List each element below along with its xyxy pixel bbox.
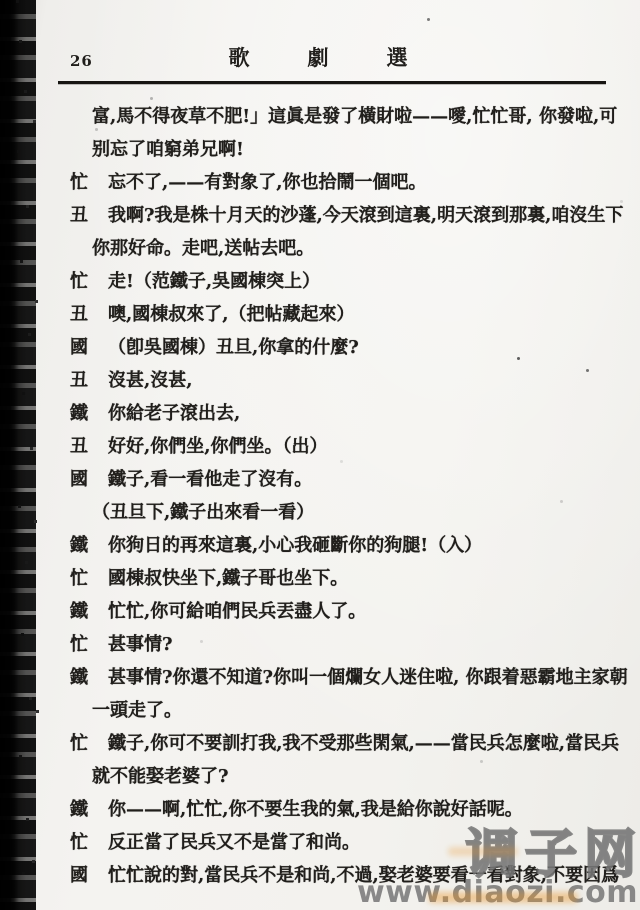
dialogue-line: 我啊?我是株十月天的沙蓬,今天滾到這裏,明天滾到那裏,咱沒生下 [108,199,618,232]
dialogue-line: 别忘了咱窮弟兄啊! [92,133,618,166]
dialogue-paragraph: 鐵 你狗日的再來這裏,小心我砸斷你的狗腿!（入） [58,529,618,562]
dialogue-line: 好好,你們坐,你們坐。（出） [108,430,618,463]
dialogue-paragraph: 忙 甚事情? [58,628,618,661]
dialogue-line: 就不能娶老婆了? [92,760,618,793]
speaker-label: 忙 [70,166,88,199]
dialogue-line: 甚事情?你還不知道?你叫一個爛女人迷住啦, 你跟着惡霸地主家朝 [108,661,618,694]
dialogue-paragraph: 忙 國棟叔快坐下,鐵子哥也坐下。 [58,562,618,595]
dialogue-line: 你——啊,忙忙,你不要生我的氣,我是給你說好話呢。 [108,793,618,826]
book-spine-shadow [0,0,36,910]
speaker-label: 國 [70,331,88,364]
dialogue-line: 甚事情? [108,628,618,661]
speaker-label: 忙 [70,628,88,661]
dialogue-paragraph: 丑 噢,國棟叔來了,（把帖藏起來） [58,298,618,331]
watermark-orange-smudge [448,847,518,856]
dialogue-paragraph: 丑 我啊?我是株十月天的沙蓬,今天滾到這裏,明天滾到那裏,咱沒生下 你那好命。走… [58,199,618,265]
speaker-label: 鐵 [70,793,88,826]
dialogue-line: 一頭走了。 [92,694,618,727]
speaker-label: 國 [70,859,88,892]
dialogue-line: 你狗日的再來這裏,小心我砸斷你的狗腿!（入） [108,529,618,562]
dialogue-line: 沒甚,沒甚, [108,364,618,397]
speaker-label: 忙 [70,727,88,760]
speaker-label: 丑 [70,298,88,331]
dialogue-paragraph: 富,馬不得夜草不肥!」這眞是發了橫財啦——噯,忙忙哥, 你發啦,可 别忘了咱窮弟… [58,100,618,166]
dialogue-line: 鐵子,看一看他走了沒有。 [108,463,618,496]
book-title-char: 歌 [229,42,250,72]
speaker-label: 鐵 [70,397,88,430]
speaker-label: 國 [70,463,88,496]
watermark: 调子网 www.diaozi.com [357,829,638,908]
page-header: 26 歌 劇 選 [58,40,608,84]
dialogue-paragraph: 忙 忘不了,——有對象了,你也拾鬧一個吧。 [58,166,618,199]
dialogue-paragraph: 鐵 甚事情?你還不知道?你叫一個爛女人迷住啦, 你跟着惡霸地主家朝 一頭走了。 [58,661,618,727]
speaker-label: 丑 [70,199,88,232]
dialogue-paragraph: 國 （卽吳國棟）丑旦,你拿的什麼? [58,331,618,364]
dialogue-line: 你那好命。走吧,送帖去吧。 [92,232,618,265]
speaker-label: 忙 [70,265,88,298]
dialogue-paragraph: 丑 好好,你們坐,你們坐。（出） [58,430,618,463]
dialogue-paragraph: 鐵 你給老子滾出去, [58,397,618,430]
header-rule [58,81,606,84]
speaker-label: 鐵 [70,595,88,628]
dialogue-paragraph: 丑 沒甚,沒甚, [58,364,618,397]
dialogue-paragraph: 鐵 你——啊,忙忙,你不要生我的氣,我是給你說好話呢。 [58,793,618,826]
dialogue-paragraph: 鐵 忙忙,你可給咱們民兵丟盡人了。 [58,595,618,628]
dialogue-line: 走!（范鐵子,吳國棟突上） [108,265,618,298]
book-title-char: 選 [387,42,408,72]
book-title: 歌 劇 選 [58,42,578,72]
dialogue-line: 噢,國棟叔來了,（把帖藏起來） [108,298,618,331]
book-page: 26 歌 劇 選 富,馬不得夜草不肥!」這眞是發了橫財啦——噯,忙忙哥, 你發啦… [0,0,640,910]
dialogue-line: 國棟叔快坐下,鐵子哥也坐下。 [108,562,618,595]
dialogue-line: （卽吳國棟）丑旦,你拿的什麼? [108,331,618,364]
dialogue-area: 富,馬不得夜草不肥!」這眞是發了橫財啦——噯,忙忙哥, 你發啦,可 别忘了咱窮弟… [58,100,618,892]
dialogue-line: 忙忙,你可給咱們民兵丟盡人了。 [108,595,618,628]
dialogue-line: 你給老子滾出去, [108,397,618,430]
speaker-label: 丑 [70,364,88,397]
dialogue-line: 忘不了,——有對象了,你也拾鬧一個吧。 [108,166,618,199]
dialogue-paragraph: 忙 鐵子,你可不要訓打我,我不受那些閑氣,——當民兵怎麼啦,當民兵 就不能娶老婆… [58,727,618,793]
dialogue-line: 鐵子,你可不要訓打我,我不受那些閑氣,——當民兵怎麼啦,當民兵 [108,727,618,760]
book-title-char: 劇 [308,42,329,72]
dialogue-paragraph: 國 鐵子,看一看他走了沒有。 （丑旦下,鐵子出來看一看） [58,463,618,529]
dialogue-line: 富,馬不得夜草不肥!」這眞是發了橫財啦——噯,忙忙哥, 你發啦,可 [92,100,618,133]
dialogue-paragraph: 忙 走!（范鐵子,吳國棟突上） [58,265,618,298]
speaker-label: 鐵 [70,661,88,694]
speaker-label: 忙 [70,826,88,859]
stage-direction-line: （丑旦下,鐵子出來看一看） [92,496,618,529]
watermark-orange-smudge [428,892,578,903]
speaker-label: 忙 [70,562,88,595]
speaker-label: 丑 [70,430,88,463]
speaker-label: 鐵 [70,529,88,562]
